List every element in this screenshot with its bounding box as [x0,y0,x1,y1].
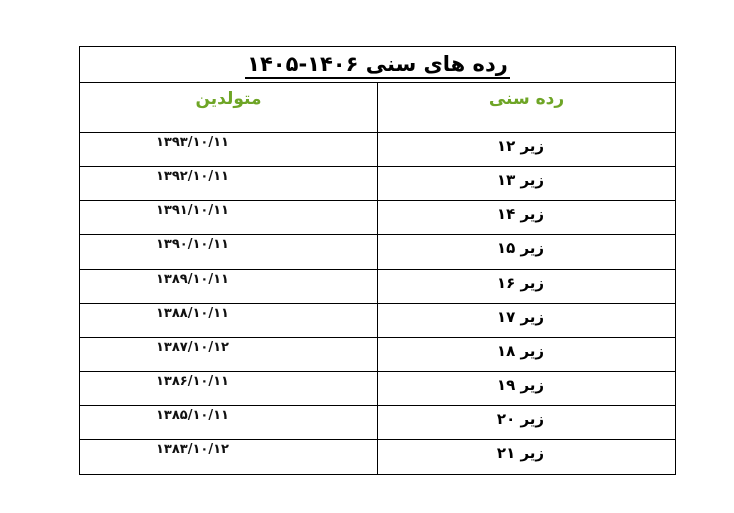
table-row: زیر ۲۰ ۱۳۸۵/۱۰/۱۱ [80,406,675,440]
table-row: زیر ۱۶ ۱۳۸۹/۱۰/۱۱ [80,269,675,303]
age-group-cell: زیر ۱۲ [497,135,544,157]
born-date-cell: ۱۳۹۲/۱۰/۱۱ [156,168,229,186]
age-group-cell: زیر ۲۰ [497,408,544,430]
age-group-cell: زیر ۲۱ [497,442,544,464]
age-group-cell: زیر ۱۴ [497,203,544,225]
age-groups-table: رده های سنی ۱۴۰۶-۱۴۰۵ رده سنی متولدین زی… [80,47,675,474]
table-row: زیر ۲۱ ۱۳۸۳/۱۰/۱۲ [80,440,675,474]
age-group-cell: زیر ۱۸ [497,340,544,362]
title-row: رده های سنی ۱۴۰۶-۱۴۰۵ [80,47,675,82]
age-group-cell: زیر ۱۳ [497,169,544,191]
table-row: زیر ۱۳ ۱۳۹۲/۱۰/۱۱ [80,167,675,201]
table-row: زیر ۱۲ ۱۳۹۳/۱۰/۱۱ [80,132,675,166]
table-row: زیر ۱۹ ۱۳۸۶/۱۰/۱۱ [80,371,675,405]
born-date-cell: ۱۳۹۳/۱۰/۱۱ [156,134,229,152]
table-row: زیر ۱۷ ۱۳۸۸/۱۰/۱۱ [80,303,675,337]
born-date-cell: ۱۳۸۳/۱۰/۱۲ [156,441,229,459]
column-header-age-group: رده سنی [378,82,676,132]
age-group-cell: زیر ۱۵ [497,237,544,259]
born-date-cell: ۱۳۸۶/۱۰/۱۱ [156,373,229,391]
born-date-cell: ۱۳۸۷/۱۰/۱۲ [156,339,229,357]
column-header-born: متولدین [80,82,378,132]
table-row: زیر ۱۵ ۱۳۹۰/۱۰/۱۱ [80,235,675,269]
age-group-cell: زیر ۱۷ [497,306,544,328]
born-date-cell: ۱۳۹۱/۱۰/۱۱ [156,202,229,220]
born-date-cell: ۱۳۹۰/۱۰/۱۱ [156,236,229,254]
title-cell: رده های سنی ۱۴۰۶-۱۴۰۵ [80,47,675,82]
table-row: زیر ۱۴ ۱۳۹۱/۱۰/۱۱ [80,201,675,235]
age-group-cell: زیر ۱۶ [497,272,544,294]
born-date-cell: ۱۳۸۹/۱۰/۱۱ [156,271,229,289]
age-group-cell: زیر ۱۹ [497,374,544,396]
table-row: زیر ۱۸ ۱۳۸۷/۱۰/۱۲ [80,337,675,371]
age-groups-table-frame: رده های سنی ۱۴۰۶-۱۴۰۵ رده سنی متولدین زی… [79,46,676,475]
born-date-cell: ۱۳۸۵/۱۰/۱۱ [156,407,229,425]
table-title: رده های سنی ۱۴۰۶-۱۴۰۵ [245,51,510,79]
born-date-cell: ۱۳۸۸/۱۰/۱۱ [156,305,229,323]
header-row: رده سنی متولدین [80,82,675,132]
